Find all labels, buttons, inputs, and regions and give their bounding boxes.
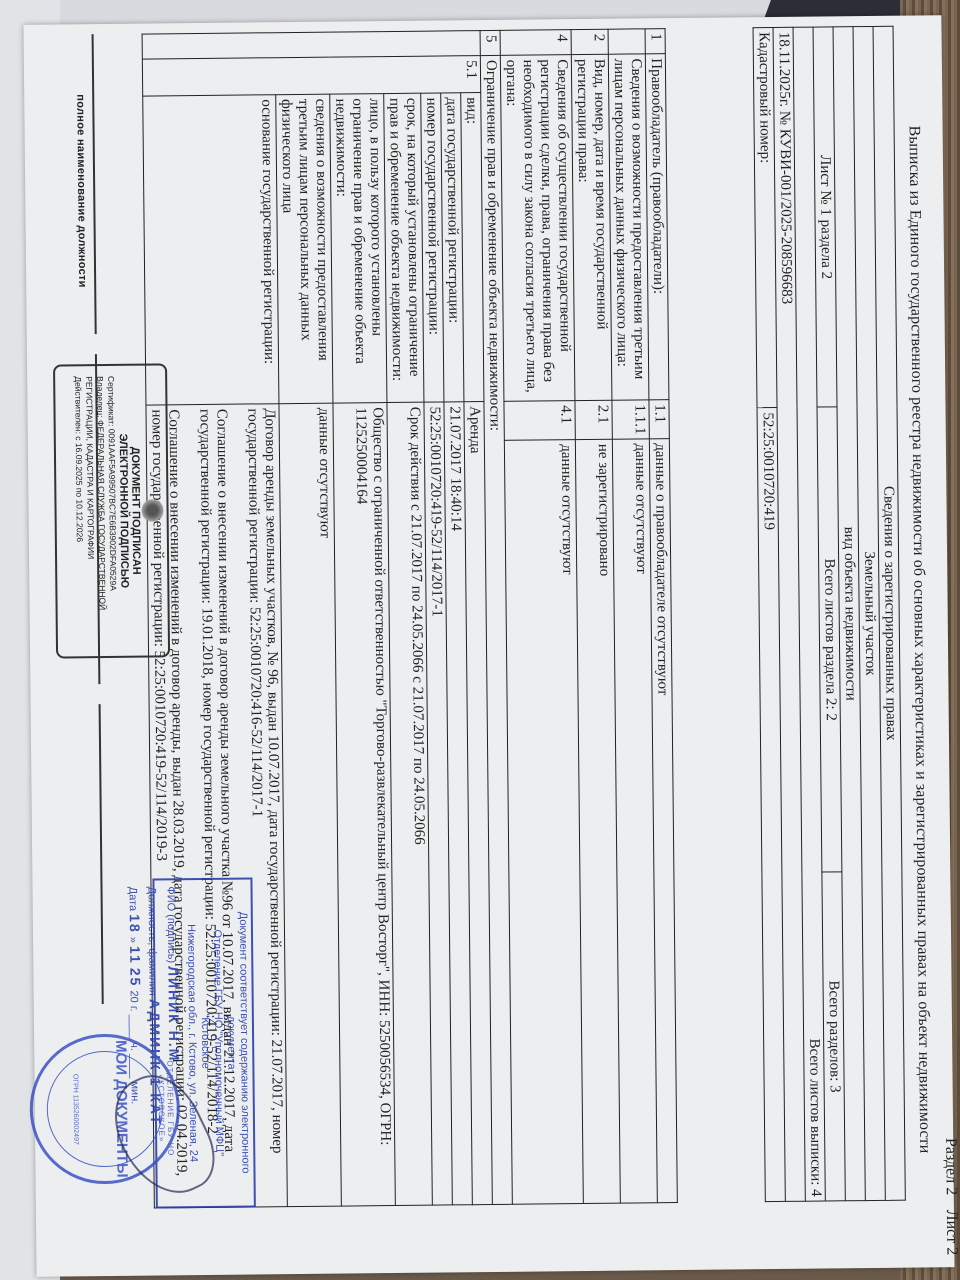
position-label: полное наименование должности [74, 94, 88, 288]
section-label: Раздел 2 [941, 1138, 960, 1195]
table-row: 4 Сведения об осуществлении государствен… [500, 30, 583, 1205]
sheet-number: Лист № 1 раздела 2 [813, 27, 837, 408]
total-sections: Всего разделов: 3 [822, 872, 845, 1201]
emblem-icon [141, 497, 163, 523]
document-title: Выписка из Единого государственного реес… [905, 125, 934, 1153]
electronic-signature-box: ДОКУМЕНТ ПОДПИСАН ЭЛЕКТРОННОЙ ПОДПИСЬЮ С… [53, 363, 170, 658]
document-content: Раздел 2 Лист 2 Выписка из Единого госуд… [34, 25, 947, 1274]
document-page: Раздел 2 Лист 2 Выписка из Единого госуд… [23, 15, 954, 1277]
header-table: Сведения о зарегистрированных правах Зем… [753, 26, 906, 1202]
sheet-label: Лист 2 [942, 1210, 960, 1256]
cadastral-label: Кадастровый номер: [753, 27, 777, 408]
